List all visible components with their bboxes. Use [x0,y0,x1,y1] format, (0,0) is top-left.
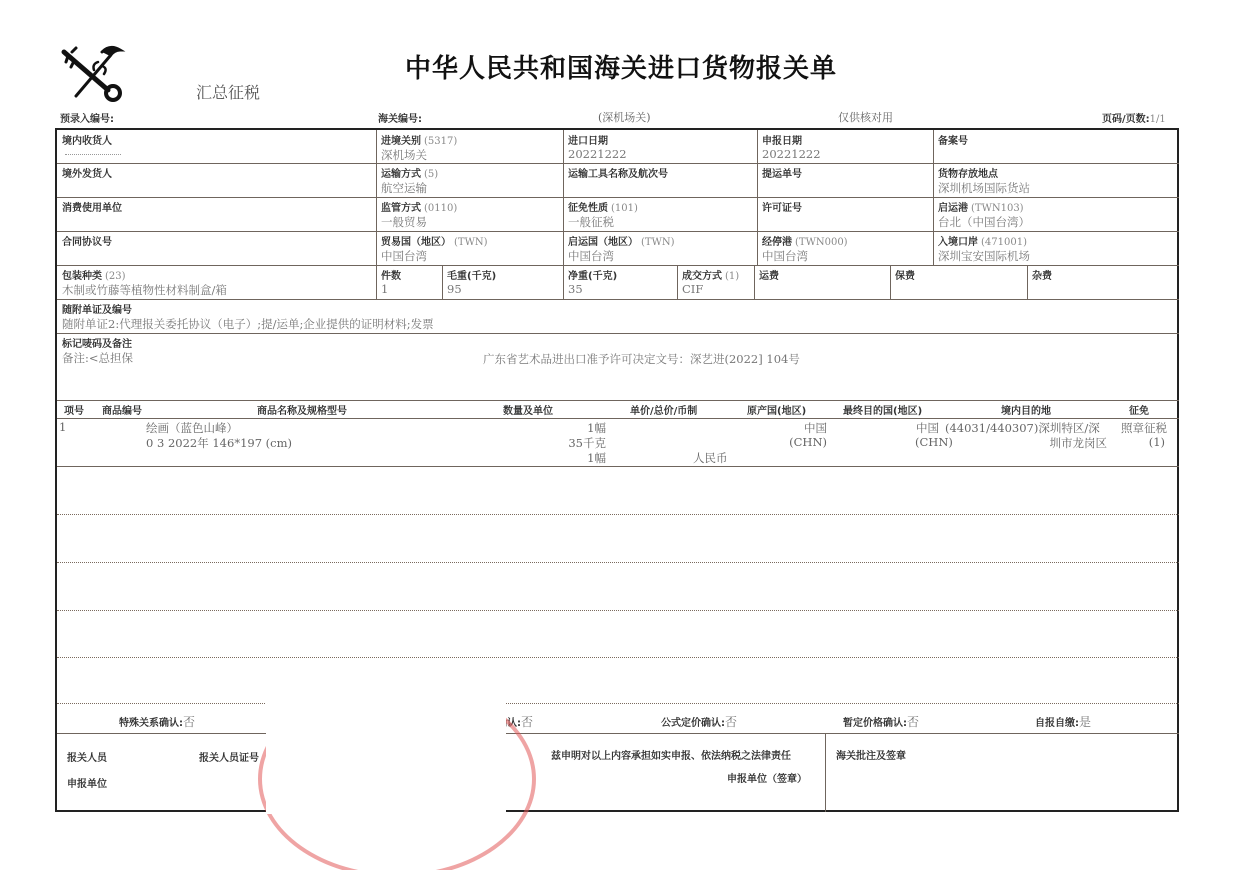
bill-of-lading-field: 提运单号 [757,163,933,197]
declaring-unit-label: 申报单位 [67,775,107,790]
declarant-cert-label: 报关人员证号 [199,749,259,764]
field-value: 深圳宝安国际机场 [938,248,1030,264]
field-value: 20221222 [568,147,627,161]
field-value: 中国台湾 [381,248,427,264]
storage-location-field: 货物存放地点 深圳机场国际货站 [933,163,1179,197]
customs-approval-label: 海关批注及签章 [836,747,906,762]
domestic-destination-2: 圳市龙岗区 [1050,435,1108,451]
field-label: 提运单号 [762,165,802,180]
field-code: (5317) [424,136,457,147]
field-value: 随附单证2:代理报关委托协议（电子）;提/运单;企业提供的证明材料;发票 [62,316,434,332]
field-label: 许可证号 [762,199,802,214]
field-label: 消费使用单位 [62,199,122,214]
field-label: 合同协议号 [62,233,112,248]
field-label: 经停港 [762,237,792,248]
transport-mode-field: 运输方式(5) 航空运输 [376,163,563,197]
field-value: 深圳机场国际货站 [938,180,1030,196]
col-header-domestic-destination: 境内目的地 [1001,402,1051,417]
entry-customs-field: 进境关别(5317) 深机场关 [376,130,563,163]
goods-name: 绘画（蓝色山峰） [146,420,238,436]
field-code: (TWN) [641,237,675,248]
field-value: 台北（中国台湾） [938,214,1030,230]
field-label: 运费 [759,267,779,282]
field-value: 深机场关 [381,147,427,163]
misc-charges-field: 杂费 [1027,265,1179,299]
gross-weight-field: 毛重(千克) 95 [442,265,563,299]
field-code: (TWN) [454,237,488,248]
permit-number: 广东省艺术品进出口准予许可决定文号：深艺进(2022] 104号 [483,351,800,367]
supervision-mode-field: 监管方式(0110) 一般贸易 [376,197,563,231]
net-weight-field: 净重(千克) 35 [563,265,677,299]
field-value: 航空运输 [381,180,427,196]
field-label: 包装种类 [62,271,102,282]
field-code: (1) [725,271,739,282]
origin-country: 中国 [804,420,827,436]
domestic-destination: (44031/440307)深圳特区/深 [945,420,1100,436]
vessel-voyage-field: 运输工具名称及航次号 [563,163,757,197]
field-label: 入境口岸 [938,237,978,248]
field-label: 进境关别 [381,136,421,147]
contract-number-field: 合同协议号 [57,231,376,265]
field-label: 征免性质 [568,203,608,214]
check-only-note: 仅供核对用 [838,109,893,125]
departure-country-field: 启运国（地区）(TWN) 中国台湾 [563,231,757,265]
domestic-consignee-field: 境内收货人 [57,130,376,163]
customs-emblem-icon [58,40,128,102]
license-number-field: 许可证号 [757,197,933,231]
document-subtitle: 汇总征税 [196,80,260,103]
trading-country-field: 贸易国（地区）(TWN) 中国台湾 [376,231,563,265]
dest-country: 中国 [916,420,939,436]
document-title: 中华人民共和国海关进口货物报关单 [405,48,837,85]
col-header-goods-name: 商品名称及规格型号 [257,402,347,417]
package-count-field: 件数 1 [376,265,442,299]
customs-number-label: 海关编号: [378,110,422,125]
field-value: CIF [682,282,703,296]
field-code: (0110) [424,203,457,214]
field-label: 保费 [895,267,915,282]
field-value: 中国台湾 [568,248,614,264]
special-relationship-confirm: 特殊关系确认:否 [119,713,195,730]
declaration-statement: 兹申明对以上内容承担如实申报、依法纳税之法律责任 [551,747,791,762]
insurance-field: 保费 [890,265,1027,299]
field-label: 启运国（地区） [568,237,638,248]
quantity-2: 35千克 [568,435,606,451]
formula-pricing-confirm: 公式定价确认:否 [661,713,737,730]
field-label: 监管方式 [381,203,421,214]
declaring-unit-signature: 申报单位（签章） [727,770,807,785]
redacted-value [65,154,121,155]
overseas-consignor-field: 境外发货人 [57,163,376,197]
field-label: 标记唛码及备注 [62,335,132,350]
field-label: 进口日期 [568,132,608,147]
dest-country-code: (CHN) [915,435,953,449]
field-label: 件数 [381,267,401,282]
page-indicator: 页码/页数:1/1 [1102,110,1166,125]
redacted-area [266,668,506,814]
field-code: (TWN000) [795,237,848,248]
field-label: 运输工具名称及航次号 [568,165,668,180]
field-label: 境内收货人 [62,132,112,147]
col-header-levy: 征免 [1129,402,1149,417]
field-label: 备案号 [938,132,968,147]
field-code: (471001) [981,237,1027,248]
field-value: 一般征税 [568,214,614,230]
field-label: 运输方式 [381,169,421,180]
field-label: 申报日期 [762,132,802,147]
declaration-form: 境内收货人 进境关别(5317) 深机场关 进口日期 20221222 申报日期… [55,128,1179,812]
col-header-origin: 原产国(地区) [747,402,806,417]
field-code: (5) [424,169,438,180]
field-label: 境外发货人 [62,165,112,180]
field-value: 一般贸易 [381,214,427,230]
field-label: 净重(千克) [568,267,617,282]
col-header-destination-country: 最终目的国(地区) [843,402,922,417]
col-header-price: 单价/总价/币制 [630,402,697,417]
departure-port-field: 启运港(TWN103) 台北（中国台湾） [933,197,1179,231]
levy-method: 照章征税 [1121,420,1167,436]
package-type-field: 包装种类(23) 木制或竹藤等植物性材料制盒/箱 [57,265,376,299]
field-label: 毛重(千克) [447,267,496,282]
col-header-item-no: 项号 [64,402,84,417]
currency: 人民币 [693,450,728,466]
freight-field: 运费 [754,265,890,299]
marks-remarks-field: 标记唛码及备注 备注:<总担保 广东省艺术品进出口准予许可决定文号：深艺进(20… [57,333,1179,400]
field-value: 木制或竹藤等植物性材料制盒/箱 [62,282,227,298]
self-declare-self-pay: 自报自缴:是 [1035,713,1091,730]
declarant-label: 报关人员 [67,749,107,764]
field-value: 20221222 [762,147,821,161]
customs-office: (深机场关) [598,109,651,125]
field-label: 货物存放地点 [938,165,998,180]
field-value: 35 [568,282,583,296]
levy-nature-field: 征免性质(101) 一般征税 [563,197,757,231]
goods-spec: 0 3 2022年 146*197 (cm) [146,435,292,451]
field-value: 中国台湾 [762,248,808,264]
col-header-quantity: 数量及单位 [503,402,553,417]
col-header-hs-code: 商品编号 [102,402,142,417]
item-no: 1 [59,420,66,434]
field-label: 杂费 [1032,267,1052,282]
quantity-3: 1幅 [587,450,606,466]
import-date-field: 进口日期 20221222 [563,130,757,163]
field-value: 1 [381,282,388,296]
field-label: 贸易国（地区） [381,237,451,248]
field-code: (101) [611,203,638,214]
quantity-1: 1幅 [587,420,606,436]
transaction-mode-field: 成交方式(1) CIF [677,265,754,299]
consumer-unit-field: 消费使用单位 [57,197,376,231]
field-value: 95 [447,282,462,296]
field-label: 成交方式 [682,271,722,282]
entry-port-field: 入境口岸(471001) 深圳宝安国际机场 [933,231,1179,265]
declaration-date-field: 申报日期 20221222 [757,130,933,163]
provisional-price-confirm: 暂定价格确认:否 [843,713,919,730]
field-label: 启运港 [938,203,968,214]
page-value: 1/1 [1150,114,1166,125]
field-code: (23) [105,271,126,282]
origin-code: (CHN) [789,435,827,449]
field-value: 备注:<总担保 [62,350,133,366]
pre-entry-number-label: 预录入编号: [60,110,114,125]
transit-port-field: 经停港(TWN000) 中国台湾 [757,231,933,265]
field-code: (TWN103) [971,203,1024,214]
record-number-field: 备案号 [933,130,1179,163]
attached-documents-field: 随附单证及编号 随附单证2:代理报关委托协议（电子）;提/运单;企业提供的证明材… [57,299,1179,333]
levy-code: (1) [1149,435,1165,449]
field-label: 随附单证及编号 [62,301,132,316]
page-label: 页码/页数: [1102,114,1150,125]
